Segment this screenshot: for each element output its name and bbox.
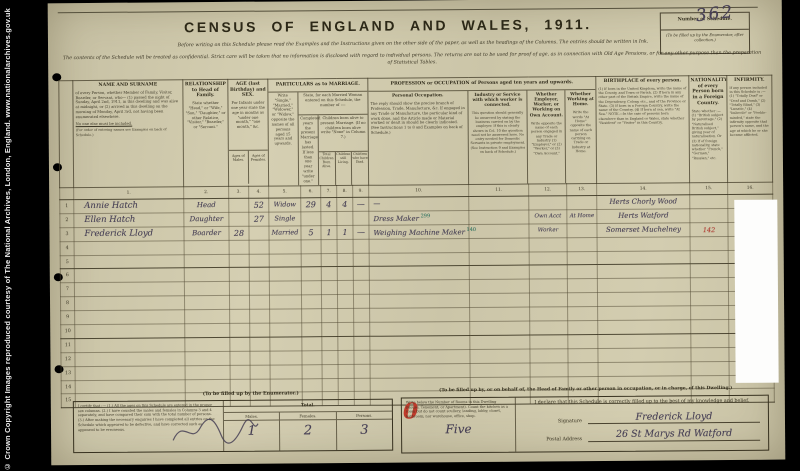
cell-nat xyxy=(690,236,728,250)
cell-home xyxy=(568,334,598,348)
cell-af xyxy=(250,337,270,351)
cell-n: 2 xyxy=(60,214,74,228)
cell-ind xyxy=(469,210,529,224)
cell-rel xyxy=(184,240,229,254)
cell-name xyxy=(74,268,184,283)
cell-d xyxy=(354,364,370,378)
cell-yrs: 29 xyxy=(301,198,321,212)
cell-yrs xyxy=(302,364,322,378)
red-pencil-mark: 142 xyxy=(703,226,715,234)
cell-af: 52 xyxy=(249,198,269,212)
relationship-col-desc: State whether "Head," or "Wife," "Son," … xyxy=(183,100,227,131)
cell-l xyxy=(337,281,353,295)
column-number: 7. xyxy=(321,186,337,198)
column-number: 6. xyxy=(301,186,321,198)
cell-home xyxy=(567,223,597,237)
employer-worker-col: Whether Employer, Worker, or Working on … xyxy=(528,90,567,183)
cell-mar xyxy=(269,253,301,267)
cell-mar xyxy=(270,351,302,365)
cell-rel: Boarder xyxy=(184,226,229,240)
cell-home xyxy=(567,196,597,210)
cell-birth: Somerset Muchelney xyxy=(597,223,690,238)
cell-name: Annie Hatch xyxy=(74,199,184,214)
column-number: 11. xyxy=(469,184,529,196)
cell-am xyxy=(229,240,249,254)
cell-mar: Single xyxy=(269,212,301,226)
cell-occ xyxy=(370,294,470,309)
cell-emp: Own Acct xyxy=(529,210,567,224)
cell-blank xyxy=(60,188,74,200)
cell-b xyxy=(322,323,338,337)
cell-b xyxy=(321,239,337,253)
cell-af xyxy=(249,226,269,240)
cell-birth: Herts Chorly Wood xyxy=(597,195,690,210)
cell-am xyxy=(229,268,249,282)
cell-b: 4 xyxy=(321,198,337,212)
declaration-text: I declare that this Schedule is correctl… xyxy=(524,399,760,408)
industry-col: Industry or Service with which worker is… xyxy=(468,91,528,184)
column-number: 10. xyxy=(369,185,469,198)
cell-rel xyxy=(185,337,230,351)
cell-b xyxy=(321,295,337,309)
cell-am xyxy=(230,365,250,379)
cell-yrs xyxy=(301,295,321,309)
cell-occ xyxy=(370,335,470,350)
cell-yrs xyxy=(301,281,321,295)
cell-home xyxy=(567,265,597,279)
cell-nat xyxy=(691,347,729,361)
col-nationality-header: NATIONALITY of every Person born in a Fo… xyxy=(689,75,728,182)
cell-nat xyxy=(691,306,729,320)
cell-am xyxy=(230,337,250,351)
col-occupation-header: PROFESSION or OCCUPATION of Persons aged… xyxy=(368,77,597,186)
industry-desc: This question should generally be answer… xyxy=(468,110,527,155)
cell-yrs xyxy=(302,350,322,364)
cell-occ xyxy=(369,266,469,281)
instruction-line-2: The contents of the Schedule will be tre… xyxy=(62,50,762,70)
cell-af xyxy=(249,240,269,254)
cell-l xyxy=(337,239,353,253)
cell-l xyxy=(338,350,354,364)
cell-b xyxy=(321,267,337,281)
cell-ind xyxy=(469,196,529,210)
cell-emp xyxy=(530,321,568,335)
cell-ind xyxy=(470,293,530,307)
cell-home xyxy=(567,237,597,251)
cell-d xyxy=(353,211,369,225)
column-number: 4. xyxy=(249,186,269,198)
cell-d xyxy=(353,281,369,295)
cell-ind xyxy=(469,265,529,279)
nationality-title: NATIONALITY of every Person born in a Fo… xyxy=(689,76,726,108)
cell-emp xyxy=(529,251,567,265)
cell-l xyxy=(337,211,353,225)
col-birthplace-header: BIRTHPLACE of every person. (1) If born … xyxy=(596,76,690,184)
rooms-value: Five xyxy=(402,420,515,453)
cell-af xyxy=(249,295,269,309)
cell-mar xyxy=(270,337,302,351)
cell-n: 4 xyxy=(60,241,74,255)
cell-d: — xyxy=(353,225,369,239)
cell-n: 11 xyxy=(61,339,75,353)
cell-name xyxy=(74,296,184,311)
cell-home xyxy=(568,293,598,307)
cell-emp: Worker xyxy=(529,224,567,238)
working-at-home-col: Whether Working at Home. Write the words… xyxy=(566,90,596,183)
cell-ind xyxy=(470,349,530,363)
column-number: 13. xyxy=(567,184,597,196)
cell-birth xyxy=(598,306,691,321)
cell-af xyxy=(249,281,269,295)
cell-occ xyxy=(369,252,469,267)
column-number: 2. xyxy=(184,186,229,198)
address-value: 26 St Marys Rd Watford xyxy=(588,429,760,442)
cell-af xyxy=(250,309,270,323)
address-row: Postal Address 26 St Marys Rd Watford xyxy=(524,429,760,442)
column-number: 14. xyxy=(597,183,690,196)
cell-d xyxy=(353,267,369,281)
cell-am xyxy=(229,212,249,226)
green-pencil-mark: 299 xyxy=(419,213,430,219)
cell-birth xyxy=(597,236,690,251)
cell-ind xyxy=(469,224,529,238)
cell-yrs xyxy=(301,239,321,253)
cell-nat xyxy=(690,194,728,208)
cell-af xyxy=(250,323,270,337)
address-label: Postal Address xyxy=(524,437,588,443)
cell-nat xyxy=(690,278,728,292)
cell-d xyxy=(354,336,370,350)
cell-am xyxy=(229,198,249,212)
cell-yrs: 5 xyxy=(301,225,321,239)
marriage-detail-cols: State, for each Married Woman entered on… xyxy=(298,92,368,186)
cell-emp xyxy=(530,335,568,349)
cell-l xyxy=(338,336,354,350)
cell-mar: Married xyxy=(269,226,301,240)
col-age-header: AGE (last Birthday) and SEX. For Infants… xyxy=(228,79,269,186)
cell-n: 5 xyxy=(60,255,74,269)
cell-occ xyxy=(370,363,470,378)
cell-rel: Daughter xyxy=(184,212,229,226)
industry-title: Industry or Service with which worker is… xyxy=(468,91,527,111)
column-number: 3. xyxy=(229,186,249,198)
column-number: 16. xyxy=(728,182,773,194)
cell-nat xyxy=(690,208,728,222)
cell-n: 13 xyxy=(61,366,75,380)
col-infirmity-header: INFIRMITY. If any person included in thi… xyxy=(727,75,773,182)
cell-home xyxy=(568,348,598,362)
cell-birth xyxy=(597,264,690,279)
cell-d xyxy=(353,253,369,267)
cell-occ xyxy=(370,308,470,323)
column-number: 15. xyxy=(690,182,728,194)
cell-rel xyxy=(185,365,230,379)
children-subcols: Total Children Born Alive. Children stil… xyxy=(319,152,369,185)
cell-occ xyxy=(370,322,470,337)
cell-birth xyxy=(598,334,691,349)
cell-b xyxy=(321,253,337,267)
birthplace-desc: (1) If born in the United Kingdom, write… xyxy=(596,85,688,126)
signature-value: Frederick Lloyd xyxy=(588,411,760,424)
cell-nat: 142 xyxy=(690,222,728,236)
cell-am: 28 xyxy=(229,226,249,240)
cell-yrs xyxy=(301,267,321,281)
cell-occ xyxy=(369,238,469,253)
census-form-paper: Number of Schedule. (To be filled up by … xyxy=(48,0,786,465)
cell-mar xyxy=(269,240,301,254)
census-table: NAME AND SURNAME of every Person, whethe… xyxy=(58,75,775,409)
cell-am xyxy=(229,295,249,309)
cell-nat xyxy=(691,292,729,306)
cell-l xyxy=(338,309,354,323)
cell-name: Frederick Lloyd xyxy=(74,227,184,242)
age-males-label: Ages of Males. xyxy=(229,151,249,184)
cell-l xyxy=(337,267,353,281)
cell-b xyxy=(321,281,337,295)
cell-ind xyxy=(470,363,530,377)
cell-birth xyxy=(598,292,691,307)
cell-b xyxy=(322,364,338,378)
cell-rel xyxy=(185,351,230,365)
cell-occ: Dress Maker 299 xyxy=(369,210,469,225)
column-number: 9. xyxy=(353,185,369,197)
cell-rel xyxy=(185,310,230,324)
cell-occ xyxy=(370,349,470,364)
cell-occ: Weighing Machine Maker 140 xyxy=(369,224,469,239)
cell-b: 1 xyxy=(321,225,337,239)
cell-mar xyxy=(269,295,301,309)
schedule-number-value: 362 xyxy=(695,2,735,26)
cell-nat xyxy=(691,361,729,375)
children-intro: Children born alive to present Marriage.… xyxy=(318,115,368,152)
signature-label: Signature xyxy=(524,419,588,425)
cell-n: 7 xyxy=(60,283,74,297)
form-title: CENSUS OF ENGLAND AND WALES, 1911. xyxy=(88,15,688,36)
cell-d xyxy=(353,295,369,309)
cell-birth xyxy=(598,348,691,363)
cell-rel xyxy=(184,296,229,310)
cell-ind xyxy=(470,335,530,349)
cell-l xyxy=(338,364,354,378)
cell-emp xyxy=(529,196,567,210)
cell-l: 4 xyxy=(337,197,353,211)
cell-home xyxy=(567,279,597,293)
col-marriage-header: PARTICULARS as to MARRIAGE. Write "Singl… xyxy=(268,78,369,186)
cell-rel xyxy=(184,282,229,296)
cell-am xyxy=(229,282,249,296)
cell-ind xyxy=(470,321,530,335)
children-living-label: Children still Living. xyxy=(334,152,351,185)
cell-name xyxy=(75,310,185,325)
cell-n: 14 xyxy=(61,380,75,394)
personal-occupation-col: Personal Occupation. The reply should sh… xyxy=(368,91,468,185)
name-col-note: (For order of entering names see Example… xyxy=(74,127,183,138)
cell-l: 1 xyxy=(337,225,353,239)
cell-yrs xyxy=(302,323,322,337)
cell-d xyxy=(354,350,370,364)
cell-birth xyxy=(598,361,691,376)
cell-emp xyxy=(529,265,567,279)
cell-rel: Head xyxy=(184,198,229,212)
cell-birth xyxy=(597,250,690,265)
col-relationship-header: RELATIONSHIP to Head of Family. State wh… xyxy=(183,79,229,186)
cell-emp xyxy=(529,279,567,293)
cell-am xyxy=(230,323,250,337)
cell-mar xyxy=(269,267,301,281)
profession-columns: Personal Occupation. The reply should sh… xyxy=(368,90,596,185)
cell-name xyxy=(75,324,185,339)
cell-d xyxy=(354,322,370,336)
copyright-strip: © Crown Copyright Images reproduced cour… xyxy=(3,0,17,471)
census-table-body: 1.2.3.4.5.6.7.8.9.10.11.12.13.14.15.16.1… xyxy=(60,182,775,408)
children-cols: Children born alive to present Marriage.… xyxy=(318,115,368,185)
cell-birth xyxy=(597,278,690,293)
cell-occ xyxy=(369,280,469,295)
cell-b xyxy=(321,211,337,225)
infirmity-title: INFIRMITY. xyxy=(727,76,771,85)
cell-ind xyxy=(469,279,529,293)
cell-name xyxy=(74,240,184,255)
marriage-intro: State, for each Married Woman entered on… xyxy=(298,92,368,116)
personal-occupation-desc: The reply should show the precise branch… xyxy=(368,100,467,136)
column-number: 8. xyxy=(337,185,353,197)
cell-home xyxy=(568,321,598,335)
age-col-title: AGE (last Birthday) and SEX. xyxy=(228,80,267,101)
cell-yrs xyxy=(302,337,322,351)
persons-total: 3 xyxy=(336,420,393,450)
col-rownum-header xyxy=(59,81,74,188)
cell-af xyxy=(249,254,269,268)
age-females-label: Ages of Females. xyxy=(249,151,268,184)
cell-ind xyxy=(470,307,530,321)
age-col-desc: For Infants under one year state the age… xyxy=(228,100,267,131)
marital-status-col-desc: Write "Single," "Married," "Widower," or… xyxy=(268,92,298,185)
working-at-home-desc: Write the words "At Home" opposite the n… xyxy=(566,109,596,154)
cell-b xyxy=(322,336,338,350)
cell-n: 6 xyxy=(60,269,74,283)
cell-nat xyxy=(691,333,729,347)
cell-yrs xyxy=(301,212,321,226)
cell-nat xyxy=(691,319,729,333)
age-subcolumns: Ages of Males. Ages of Females. xyxy=(229,151,268,184)
cell-mar xyxy=(269,281,301,295)
marriage-subcols: Completed years the present Marriage has… xyxy=(298,115,368,186)
cell-name xyxy=(75,365,185,380)
relationship-col-title: RELATIONSHIP to Head of Family. xyxy=(183,80,227,101)
cell-ind xyxy=(469,238,529,252)
cell-d: — xyxy=(353,197,369,211)
cell-name xyxy=(75,352,185,367)
cell-mar xyxy=(270,365,302,379)
cell-home: At Home xyxy=(567,209,597,223)
cell-home xyxy=(567,251,597,265)
employer-worker-desc: Write opposite the name of each person e… xyxy=(528,120,565,157)
signature-row: Signature Frederick Lloyd xyxy=(524,411,760,424)
cell-yrs xyxy=(301,253,321,267)
cell-birth xyxy=(598,320,691,335)
enumerator-signature xyxy=(169,416,261,447)
females-total: 2 xyxy=(279,420,336,450)
col-name-header: NAME AND SURNAME of every Person, whethe… xyxy=(73,80,184,188)
rooms-note: Write below the Number of Rooms in this … xyxy=(402,398,515,421)
children-born-label: Total Children Born Alive. xyxy=(319,152,335,185)
cell-am xyxy=(229,254,249,268)
cell-n: 10 xyxy=(61,325,75,339)
marriage-columns: Write "Single," "Married," "Widower," or… xyxy=(268,92,368,186)
infirmity-desc: If any person included in this Schedule … xyxy=(727,84,771,138)
working-at-home-title: Whether Working at Home. xyxy=(566,90,596,110)
cell-n: 9 xyxy=(61,311,75,325)
children-died-label: Children who have Died. xyxy=(351,152,368,185)
cell-af: 27 xyxy=(249,212,269,226)
header-row: NAME AND SURNAME of every Person, whethe… xyxy=(59,75,773,188)
years-married-col-desc: Completed years the present Marriage has… xyxy=(298,115,319,185)
cell-yrs xyxy=(302,309,322,323)
cell-emp xyxy=(530,307,568,321)
rooms-cell: Write below the Number of Rooms in this … xyxy=(402,398,516,453)
scan-background: © Crown Copyright Images reproduced cour… xyxy=(0,0,800,471)
green-pencil-mark: 140 xyxy=(465,227,476,233)
cell-birth: Herts Watford xyxy=(597,209,690,224)
cell-emp xyxy=(530,362,568,376)
cell-nat xyxy=(690,264,728,278)
cell-name xyxy=(74,282,184,297)
cell-mar xyxy=(270,309,302,323)
cell-rel xyxy=(184,268,229,282)
cell-d xyxy=(354,308,370,322)
cell-mar: Widow xyxy=(269,198,301,212)
cell-n: 12 xyxy=(61,352,75,366)
nationality-desc: State whether :— (1) "British subject by… xyxy=(690,108,727,162)
redaction-box xyxy=(734,200,778,383)
instruction-line-1: Before writing on this Schedule please r… xyxy=(68,38,758,51)
age-col-head: AGE (last Birthday) and SEX. For Infants… xyxy=(228,80,268,151)
cell-n: 3 xyxy=(60,227,74,241)
cell-home xyxy=(568,362,598,376)
cell-rel xyxy=(185,323,230,337)
cell-b xyxy=(322,309,338,323)
cell-n: 1 xyxy=(60,200,74,214)
column-number: 1. xyxy=(74,187,184,200)
cell-emp xyxy=(530,349,568,363)
cell-rel xyxy=(184,254,229,268)
cell-occ: — xyxy=(369,197,469,212)
cell-am xyxy=(230,309,250,323)
cell-name: Ellen Hatch xyxy=(74,213,184,228)
cell-af xyxy=(250,365,270,379)
cell-ind xyxy=(469,252,529,266)
employer-worker-title: Whether Employer, Worker, or Working on … xyxy=(528,90,565,120)
cell-b xyxy=(322,350,338,364)
cell-home xyxy=(568,307,598,321)
cell-am xyxy=(230,351,250,365)
cell-emp xyxy=(529,237,567,251)
cell-l xyxy=(337,253,353,267)
cell-d xyxy=(353,239,369,253)
marriage-banner: PARTICULARS as to MARRIAGE. xyxy=(268,79,367,93)
cell-n: 8 xyxy=(60,297,74,311)
form-top-rule xyxy=(58,7,758,13)
cell-emp xyxy=(530,293,568,307)
cell-l xyxy=(338,322,354,336)
column-number: 5. xyxy=(269,186,301,198)
declaration-box: Write below the Number of Rooms in this … xyxy=(401,395,769,454)
cell-name xyxy=(75,338,185,353)
cell-af xyxy=(249,268,269,282)
cell-af xyxy=(250,351,270,365)
cell-l xyxy=(337,295,353,309)
cell-mar xyxy=(270,323,302,337)
